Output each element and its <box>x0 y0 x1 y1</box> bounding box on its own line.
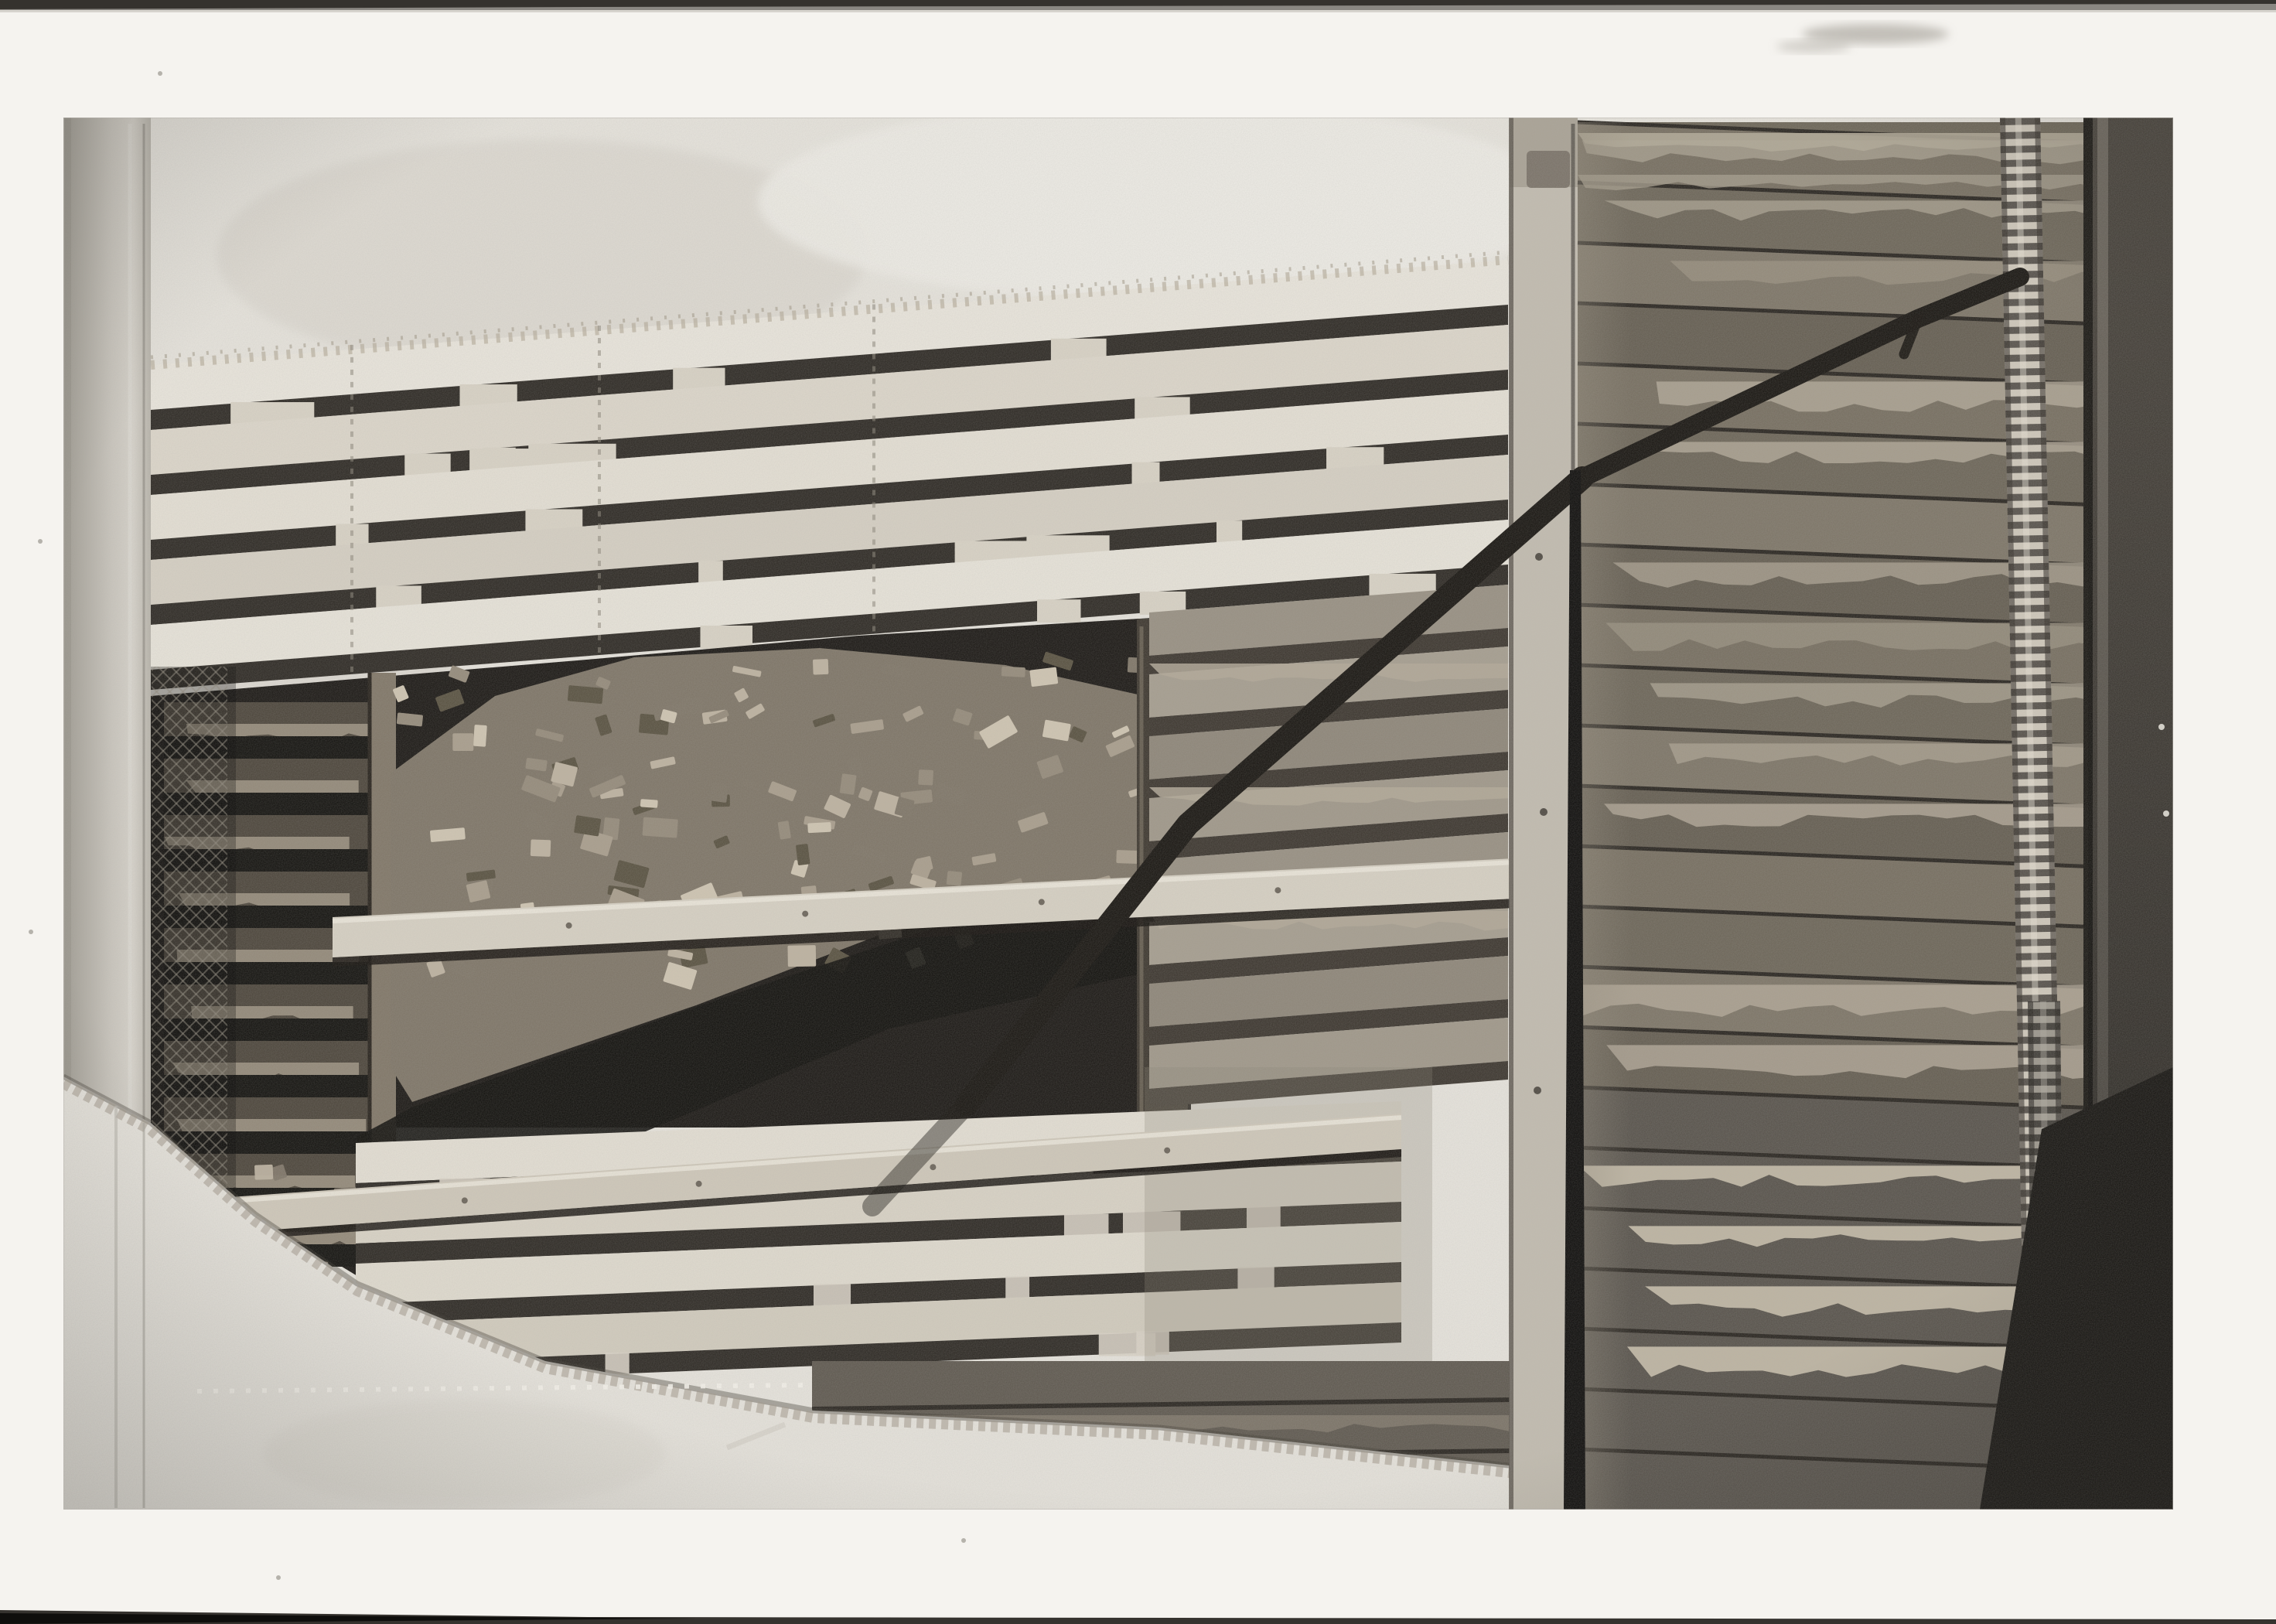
photo-scan-canvas <box>0 0 2276 1624</box>
photograph <box>63 101 2173 1534</box>
scanned-photo-page <box>0 0 2276 1624</box>
photo-vignette <box>63 118 2173 1510</box>
